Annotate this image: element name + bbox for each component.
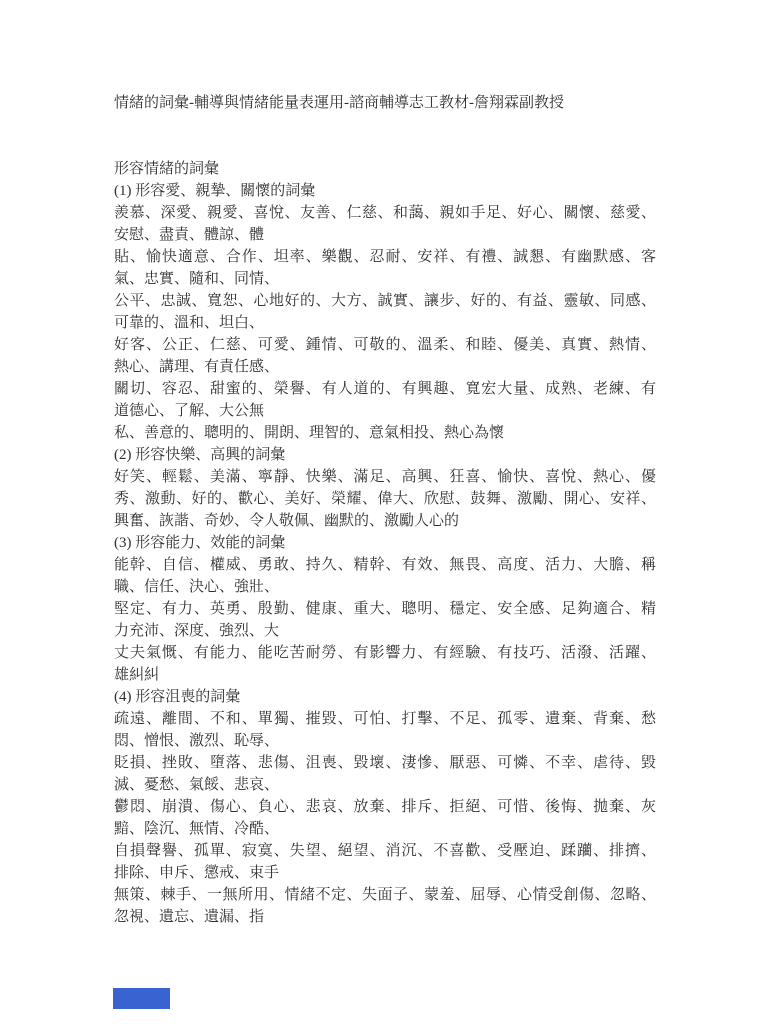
text-line: 職、信任、決心、強壯、 xyxy=(114,576,656,598)
text-line: 道德心、了解、大公無 xyxy=(114,400,656,422)
title-gap xyxy=(114,114,656,158)
blue-marker xyxy=(113,988,170,1009)
text-line: 堅定、有力、英勇、殷勤、健康、重大、聰明、穩定、安全感、足夠適合、精 xyxy=(114,598,656,620)
text-line: 疏遠、離間、不和、單獨、摧毀、可怕、打擊、不足、孤零、遺棄、背棄、愁 xyxy=(114,708,656,730)
text-line: 無策、棘手、一無所用、情緒不定、失面子、蒙羞、屈辱、心情受創傷、忽略、 xyxy=(114,884,656,906)
section-heading: (4) 形容沮喪的詞彙 xyxy=(114,686,656,708)
section-heading: (3) 形容能力、效能的詞彙 xyxy=(114,532,656,554)
text-line: 排除、申斥、懲戒、束手 xyxy=(114,862,656,884)
text-line: 貶損、挫敗、墮落、悲傷、沮喪、毀壞、淒慘、厭惡、可憐、不幸、虐待、毀 xyxy=(114,752,656,774)
text-line: 黯、陰沉、無情、冷酷、 xyxy=(114,818,656,840)
text-line: 興奮、詼諧、奇妙、令人敬佩、幽默的、激勵人心的 xyxy=(114,510,656,532)
text-line: 能幹、自信、權威、勇敢、持久、精幹、有效、無畏、高度、活力、大膽、稱 xyxy=(114,554,656,576)
document-title: 情緒的詞彙-輔導與情緒能量表運用-諮商輔導志工教材-詹翔霖副教授 xyxy=(114,92,656,114)
text-line: 秀、激動、好的、歡心、美好、榮耀、偉大、欣慰、鼓舞、激勵、開心、安祥、 xyxy=(114,488,656,510)
text-line: 好笑、輕鬆、美滿、寧靜、快樂、滿足、高興、狂喜、愉快、喜悅、熱心、優 xyxy=(114,466,656,488)
document-body: (1) 形容愛、親摯、關懷的詞彙羨慕、深愛、親愛、喜悅、友善、仁慈、和藹、親如手… xyxy=(114,180,656,928)
text-line: 氣、忠實、隨和、同情、 xyxy=(114,268,656,290)
text-line: 私、善意的、聰明的、開朗、理智的、意氣相投、熱心為懷 xyxy=(114,422,656,444)
text-line: 熱心、講理、有責任感、 xyxy=(114,356,656,378)
text-line: 好客、公正、仁慈、可愛、鍾情、可敬的、溫柔、和睦、優美、真實、熱情、 xyxy=(114,334,656,356)
text-line: 羨慕、深愛、親愛、喜悅、友善、仁慈、和藹、親如手足、好心、關懷、慈愛、 xyxy=(114,202,656,224)
body-heading: 形容情緒的詞彙 xyxy=(114,158,656,180)
text-line: 丈夫氣慨、有能力、能吃苦耐勞、有影響力、有經驗、有技巧、活潑、活躍、 xyxy=(114,642,656,664)
document-page: 情緒的詞彙-輔導與情緒能量表運用-諮商輔導志工教材-詹翔霖副教授 形容情緒的詞彙… xyxy=(0,0,768,1024)
text-line: 貼、愉快適意、合作、坦率、樂觀、忍耐、安祥、有禮、誠懇、有幽默感、客 xyxy=(114,246,656,268)
section-heading: (2) 形容快樂、高興的詞彙 xyxy=(114,444,656,466)
text-line: 雄糾糾 xyxy=(114,664,656,686)
text-line: 鬱悶、崩潰、傷心、負心、悲哀、放棄、排斥、拒絕、可惜、後悔、拋棄、灰 xyxy=(114,796,656,818)
text-line: 力充沛、深度、強烈、大 xyxy=(114,620,656,642)
document-content: 情緒的詞彙-輔導與情緒能量表運用-諮商輔導志工教材-詹翔霖副教授 形容情緒的詞彙… xyxy=(114,92,656,928)
text-line: 可靠的、溫和、坦白、 xyxy=(114,312,656,334)
section-heading: (1) 形容愛、親摯、關懷的詞彙 xyxy=(114,180,656,202)
text-line: 公平、忠誠、寬恕、心地好的、大方、誠實、讓步、好的、有益、靈敏、同感、 xyxy=(114,290,656,312)
text-line: 滅、憂愁、氣餒、悲哀、 xyxy=(114,774,656,796)
text-line: 忽視、遺忘、遺漏、指 xyxy=(114,906,656,928)
text-line: 悶、憎恨、激烈、恥辱、 xyxy=(114,730,656,752)
text-line: 自損聲譽、孤單、寂寞、失望、絕望、消沉、不喜歡、受壓迫、蹂躪、排擠、 xyxy=(114,840,656,862)
text-line: 安慰、盡責、體諒、體 xyxy=(114,224,656,246)
text-line: 關切、容忍、甜蜜的、榮譽、有人道的、有興趣、寬宏大量、成熟、老練、有 xyxy=(114,378,656,400)
